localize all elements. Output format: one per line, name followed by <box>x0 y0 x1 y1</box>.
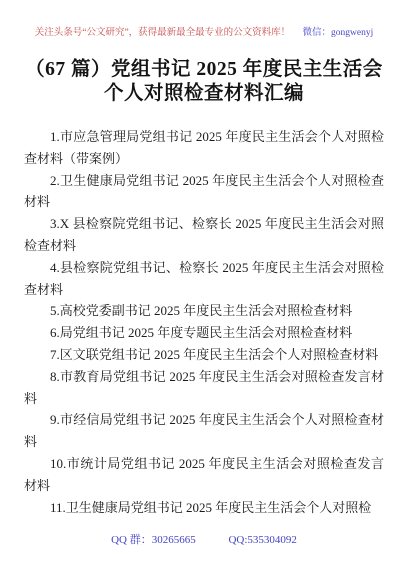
toc-list: 1.市应急管理局党组书记 2025 年度民主生活会个人对照检查材料（带案例） 2… <box>24 126 384 518</box>
toc-item-5: 5.高校党委副书记 2025 年度民主生活会对照检查材料 <box>24 300 384 322</box>
toc-item-2: 2.卫生健康局党组书记 2025 年度民主生活会个人对照检查材料 <box>24 170 384 214</box>
footer-contact: QQ 群：30265665 QQ:535304092 <box>0 533 408 547</box>
promo-banner: 关注头条号“公文研究”，获得最新最全最专业的公文资料库！ 微信：gongweny… <box>0 0 408 39</box>
qq-group-number: QQ 群：30265665 <box>111 534 196 546</box>
wechat-contact-text: 微信：gongwenyj <box>303 28 374 38</box>
toc-item-1: 1.市应急管理局党组书记 2025 年度民主生活会个人对照检查材料（带案例） <box>24 126 384 170</box>
toc-item-9: 9.市经信局党组书记 2025 年度民主生活会个人对照检查材料 <box>24 409 384 453</box>
document-title-line-1: （67 篇）党组书记 2025 年度民主生活会 <box>10 58 398 82</box>
toc-item-3: 3.X 县检察院党组书记、检察长 2025 年度民主生活会对照检查材料 <box>24 213 384 257</box>
toc-item-10: 10.市统计局党组书记 2025 年度民主生活会对照检查发言材料 <box>24 453 384 497</box>
toc-item-8: 8.市教育局党组书记 2025 年度民主生活会对照检查发言材料 <box>24 366 384 410</box>
document-title-line-2: 个人对照检查材料汇编 <box>10 82 398 106</box>
toc-item-7: 7.区文联党组书记 2025 年度民主生活会个人对照检查材料 <box>24 344 384 366</box>
toc-item-6: 6.局党组书记 2025 年度专题民主生活会对照检查材料 <box>24 322 384 344</box>
toc-item-11: 11.卫生健康局党组书记 2025 年度民主生活会个人对照检 <box>24 497 384 519</box>
document-title: （67 篇）党组书记 2025 年度民主生活会 个人对照检查材料汇编 <box>10 58 398 106</box>
toc-item-4: 4.县检察院党组书记、检察长 2025 年度民主生活会对照检查材料 <box>24 257 384 301</box>
document-page: 关注头条号“公文研究”，获得最新最全最专业的公文资料库！ 微信：gongweny… <box>0 0 408 580</box>
promo-banner-text: 关注头条号“公文研究”，获得最新最全最专业的公文资料库！ <box>35 28 290 38</box>
qq-number: QQ:535304092 <box>228 534 296 546</box>
